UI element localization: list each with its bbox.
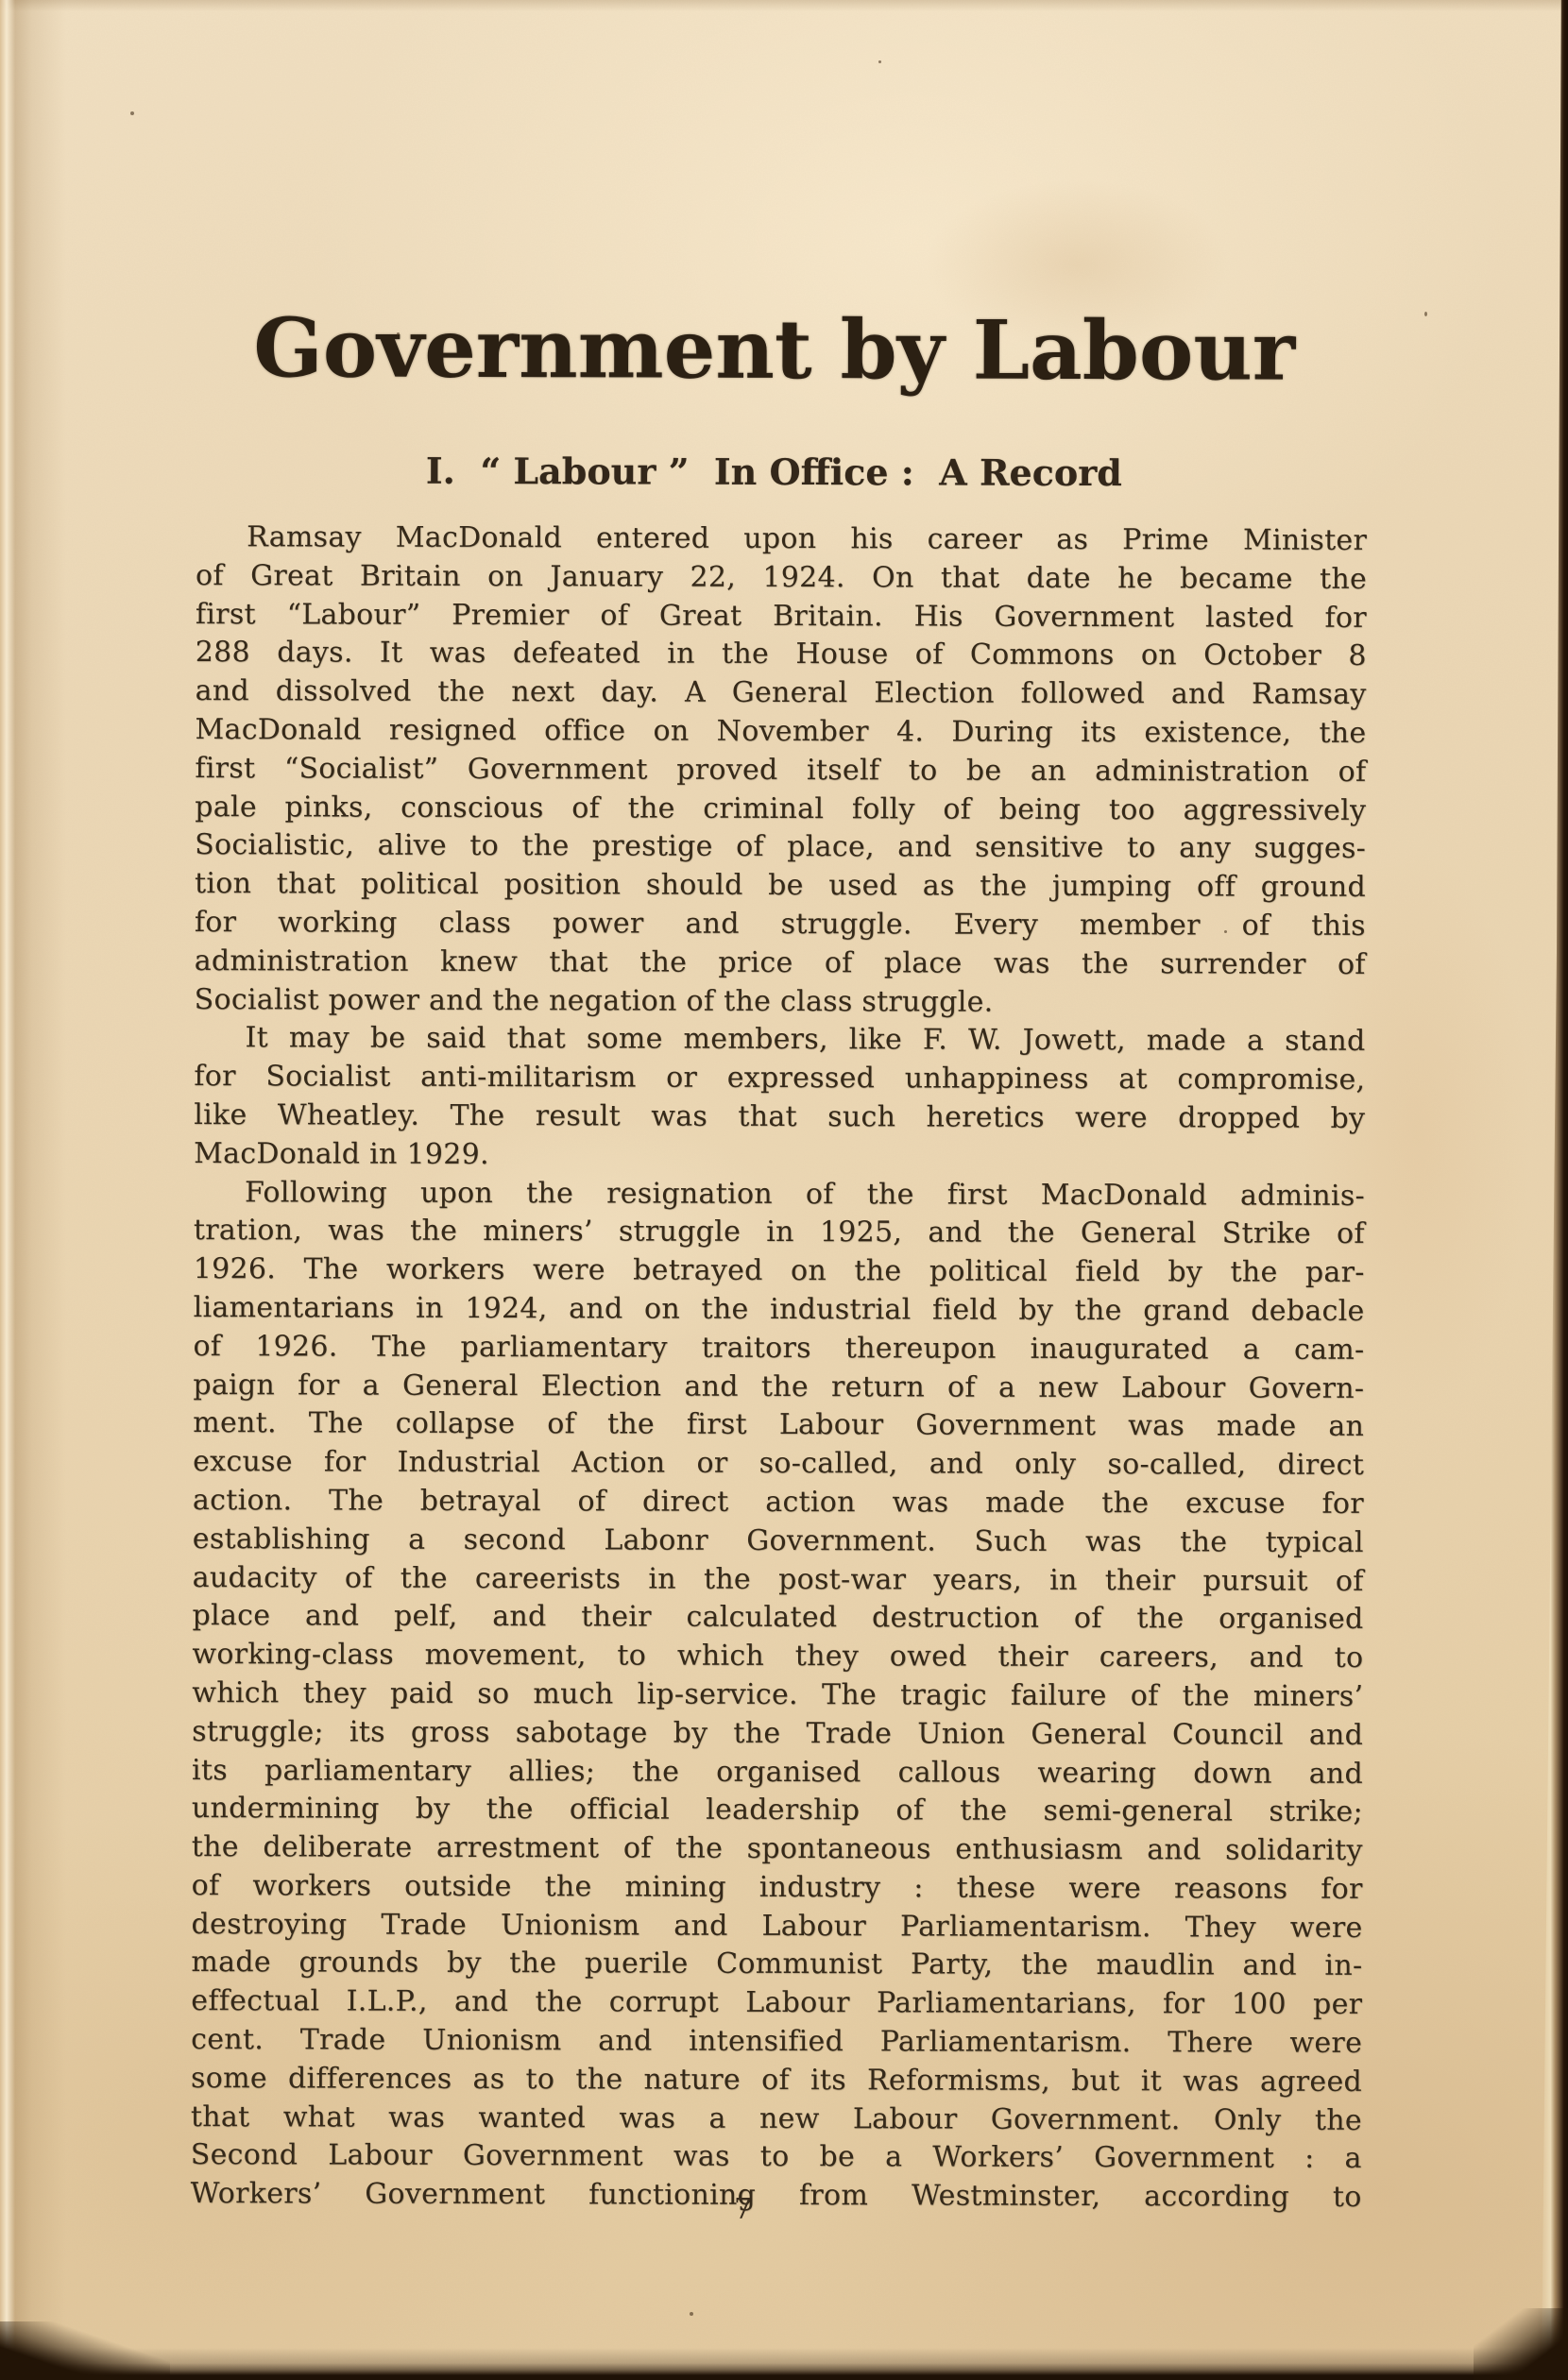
text-line: of workers outside the mining industry :… <box>192 1867 1363 1910</box>
text-line: action. The betrayal of direct action wa… <box>193 1482 1364 1524</box>
text-line: MacDonald in 1929. <box>194 1135 1365 1178</box>
text-line: made grounds by the puerile Communist Pa… <box>191 1945 1362 1987</box>
text-line: some differences as to the nature of its… <box>191 2060 1362 2102</box>
text-line: that what was wanted was a new Labour Go… <box>191 2099 1362 2141</box>
paragraph: It may be said that some members, like F… <box>194 1019 1366 1177</box>
text-line: Second Labour Government was to be a Wor… <box>191 2137 1362 2180</box>
text-line: tration, was the miners’ struggle in 192… <box>194 1212 1365 1254</box>
text-line: ment. The collapse of the first Labour G… <box>193 1404 1364 1447</box>
text-line: for working class power and struggle. Ev… <box>195 904 1366 946</box>
text-line: of Great Britain on January 22, 1924. On… <box>196 557 1367 600</box>
text-line: 1926. The workers were betrayed on the p… <box>194 1250 1365 1293</box>
text-line: like Wheatley. The result was that such … <box>194 1096 1365 1139</box>
body-text: Ramsay MacDonald entered upon his career… <box>191 518 1368 2218</box>
text-line: audacity of the careerists in the post-w… <box>193 1559 1364 1602</box>
paragraph: Following upon the resignation of the fi… <box>191 1174 1365 2218</box>
text-line: Socialist power and the negation of the … <box>195 981 1366 1024</box>
text-line: 288 days. It was defeated in the House o… <box>196 634 1367 676</box>
text-line: undermining by the official leadership o… <box>192 1790 1363 1832</box>
text-line: place and pelf, and their calculated des… <box>193 1597 1364 1640</box>
text-line: It may be said that some members, like F… <box>194 1019 1365 1062</box>
text-line: first “Labour” Premier of Great Britain.… <box>196 596 1367 638</box>
section-heading: I. “ Labour ” In Office : A Record <box>188 452 1359 492</box>
page-content: Government by Labour I. “ Labour ” In Of… <box>0 0 1568 2380</box>
page-number: 7 <box>158 2194 1329 2226</box>
text-line: which they paid so much lip-service. The… <box>192 1674 1363 1717</box>
text-line: of 1926. The parliamentary traitors ther… <box>193 1328 1364 1370</box>
text-line: for Socialist anti-militarism or express… <box>194 1058 1365 1100</box>
page-title: Government by Labour <box>189 308 1360 393</box>
text-line: working-class movement, to which they ow… <box>192 1636 1363 1678</box>
text-line: destroying Trade Unionism and Labour Par… <box>191 1906 1362 1948</box>
text-line: first “Socialist” Government proved itse… <box>195 750 1366 792</box>
text-line: its parliamentary allies; the organised … <box>192 1752 1363 1794</box>
text-line: paign for a General Election and the ret… <box>193 1367 1364 1409</box>
text-line: the deliberate arrestment of the spontan… <box>192 1828 1363 1871</box>
text-line: administration knew that the price of pl… <box>195 943 1366 985</box>
text-line: pale pinks, conscious of the criminal fo… <box>195 789 1366 831</box>
text-line: liamentarians in 1924, and on the indust… <box>194 1289 1365 1332</box>
text-line: Ramsay MacDonald entered upon his career… <box>196 518 1367 561</box>
text-line: establishing a second Labonr Government.… <box>193 1521 1364 1563</box>
text-line: and dissolved the next day. A General El… <box>196 672 1367 715</box>
text-line: Following upon the resignation of the fi… <box>194 1174 1365 1216</box>
text-line: MacDonald resigned office on November 4.… <box>195 711 1366 754</box>
text-line: Socialistic, alive to the prestige of pl… <box>195 826 1366 869</box>
text-line: cent. Trade Unionism and intensified Par… <box>191 2021 1362 2064</box>
text-line: effectual I.L.P., and the corrupt Labour… <box>191 1982 1362 2025</box>
paragraph: Ramsay MacDonald entered upon his career… <box>195 518 1368 1023</box>
text-line: excuse for Industrial Action or so-calle… <box>193 1443 1364 1486</box>
scanned-book-page: Government by Labour I. “ Labour ” In Of… <box>0 0 1568 2380</box>
text-line: tion that political position should be u… <box>195 865 1366 908</box>
text-line: struggle; its gross sabotage by the Trad… <box>192 1713 1363 1756</box>
